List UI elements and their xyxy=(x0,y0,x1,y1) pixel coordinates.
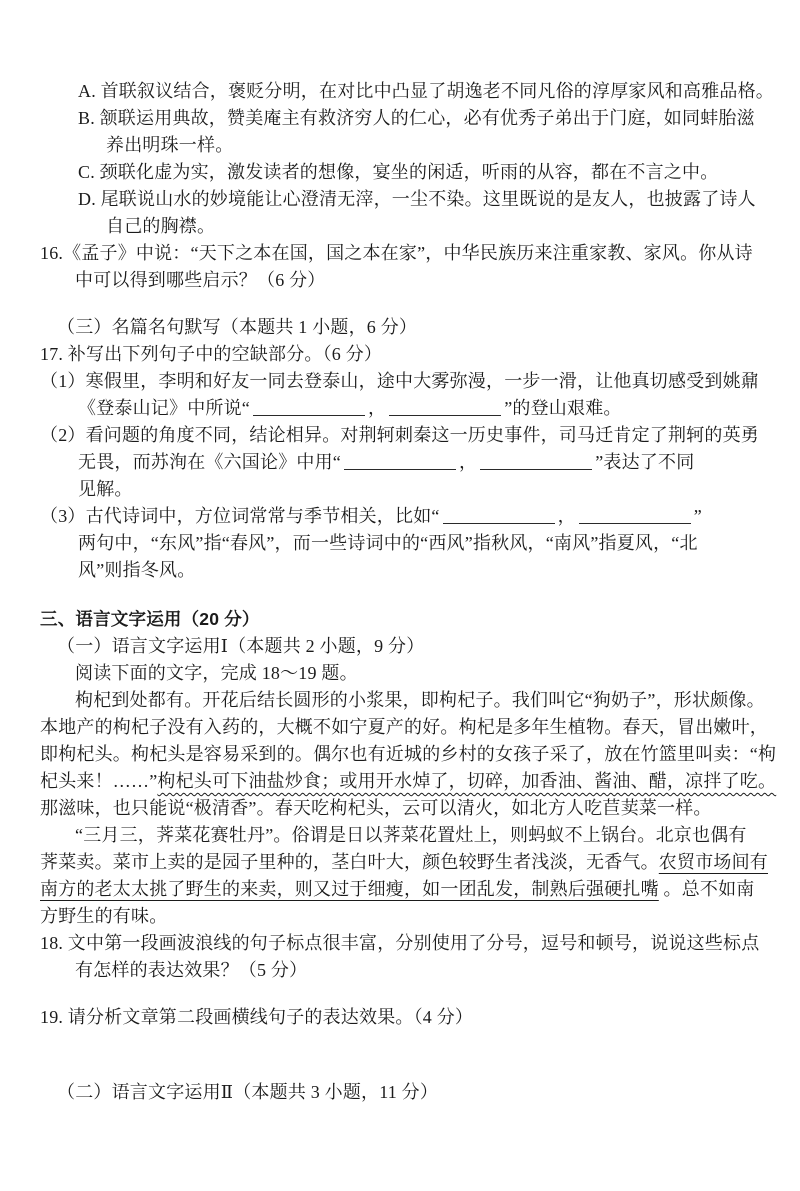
exam-page: A. 首联叙议结合，褒贬分明，在对比中凸显了胡逸老不同凡俗的淳厚家风和高雅品格。… xyxy=(0,0,800,1191)
choice-option-d-cont: 自己的胸襟。 xyxy=(0,213,800,240)
question-17-item-3-cont: 两句中，“东风”指“春风”，而一些诗词中的“西风”指秋风，“南风”指夏风，“北 xyxy=(0,530,800,557)
question-17-item-2-cont2: 见解。 xyxy=(0,476,800,503)
choice-option-b: B. 颔联运用典故，赞美庵主有救济穷人的仁心，必有优秀子弟出于门庭，如同蚌胎滋 xyxy=(0,105,800,132)
passage-para2-line3: 南方的老太太挑了野生的来卖，则又过于细瘦，如一团乱发，制熟后强硬扎嘴 。总不如南 xyxy=(0,876,800,903)
text-segment: C. 颈联化虚为实，激发读者的想像，宴坐的闲适，听雨的从容，都在不言之中。 xyxy=(78,162,718,182)
text-segment: 方野生的有味。 xyxy=(40,906,167,926)
reading-instruction: 阅读下面的文字，完成 18～19 题。 xyxy=(0,660,800,687)
text-segment: 阅读下面的文字，完成 18～19 题。 xyxy=(75,663,358,683)
section-heading-3: （三）名篇名句默写（本题共 1 小题，6 分） xyxy=(0,314,800,341)
question-17-item-3: （3）古代诗词中，方位词常常与季节相关，比如“，” xyxy=(0,503,800,530)
text-segment: 16.《孟子》中说：“天下之本在国，国之本在家”，中华民族历来注重家教、家风。你… xyxy=(40,243,753,263)
choice-option-c: C. 颈联化虚为实，激发读者的想像，宴坐的闲适，听雨的从容，都在不言之中。 xyxy=(0,159,800,186)
section-title-3: 三、语言文字运用（20 分） xyxy=(0,606,800,633)
underlined-text: 农贸市场间有 xyxy=(659,852,768,872)
passage-para1-line4: 杞头来！……”枸杞头可下油盐炒食；或用开水焯了，切碎，加香油、酱油、醋，凉拌了吃… xyxy=(0,768,800,795)
text-segment: 本地产的枸杞子没有入药的，大概不如宁夏产的好。枸杞是多年生植物。春天，冒出嫩叶， xyxy=(40,717,768,737)
question-17-item-2-cont: 无畏，而苏洵在《六国论》中用“，”表达了不同 xyxy=(0,449,800,476)
text-segment: D. 尾联说山水的妙境能让心澄清无滓，一尘不染。这里既说的是友人，也披露了诗人 xyxy=(78,189,756,209)
text-segment: ” xyxy=(694,506,702,526)
answer-blank xyxy=(389,397,501,416)
passage-para1-line3: 即枸杞头。枸杞头是容易采到的。偶尔也有近城的乡村的女孩子采了，放在竹篮里叫卖：“… xyxy=(0,741,800,768)
underlined-text: 南方的老太太挑了野生的来卖，则又过于细瘦，如一团乱发，制熟后强硬扎嘴 xyxy=(40,879,659,899)
text-segment: 荠菜卖。菜市上卖的是园子里种的，茎白叶大，颜色较野生者浅淡，无香气。 xyxy=(40,852,659,872)
text-segment: 自己的胸襟。 xyxy=(106,216,215,236)
answer-blank xyxy=(344,451,456,470)
passage-para1-line2: 本地产的枸杞子没有入药的，大概不如宁夏产的好。枸杞是多年生植物。春天，冒出嫩叶， xyxy=(0,714,800,741)
answer-blank xyxy=(579,505,691,524)
text-segment: （1）寒假里，李明和好友一同去登泰山，途中大雾弥漫，一步一滑，让他真切感受到姚鼐 xyxy=(40,371,759,391)
text-segment: ”的登山艰难。 xyxy=(504,398,621,418)
passage-para2-line1: “三月三，荠菜花赛牡丹”。俗谓是日以荠菜花置灶上，则蚂蚁不上锅台。北京也偶有 xyxy=(0,822,800,849)
text-segment: 17. 补写出下列句子中的空缺部分。（6 分） xyxy=(40,344,382,364)
section-heading-2: （二）语言文字运用Ⅱ（本题共 3 小题，11 分） xyxy=(0,1079,800,1106)
text-segment: （3）古代诗词中，方位词常常与季节相关，比如“ xyxy=(40,506,440,526)
passage-para2-line4: 方野生的有味。 xyxy=(0,903,800,930)
question-17: 17. 补写出下列句子中的空缺部分。（6 分） xyxy=(0,341,800,368)
question-19: 19. 请分析文章第二段画横线句子的表达效果。（4 分） xyxy=(0,1004,800,1031)
question-18-cont: 有怎样的表达效果？（5 分） xyxy=(0,957,800,984)
answer-blank xyxy=(480,451,592,470)
question-16: 16.《孟子》中说：“天下之本在国，国之本在家”，中华民族历来注重家教、家风。你… xyxy=(0,240,800,267)
choice-option-d: D. 尾联说山水的妙境能让心澄清无滓，一尘不染。这里既说的是友人，也披露了诗人 xyxy=(0,186,800,213)
question-17-item-1-cont: 《登泰山记》中所说“，”的登山艰难。 xyxy=(0,395,800,422)
question-17-item-1: （1）寒假里，李明和好友一同去登泰山，途中大雾弥漫，一步一滑，让他真切感受到姚鼐 xyxy=(0,368,800,395)
text-segment: （二）语言文字运用Ⅱ（本题共 3 小题，11 分） xyxy=(57,1082,438,1102)
text-segment: 有怎样的表达效果？（5 分） xyxy=(75,960,307,980)
question-18: 18. 文中第一段画波浪线的句子标点很丰富，分别使用了分号，逗号和顿号，说说这些… xyxy=(0,930,800,957)
text-segment: 三、语言文字运用（20 分） xyxy=(40,609,260,629)
text-segment: 风”则指冬风。 xyxy=(78,560,195,580)
question-17-item-3-cont2: 风”则指冬风。 xyxy=(0,557,800,584)
answer-blank xyxy=(443,505,555,524)
text-segment: （2）看问题的角度不同，结论相异。对荆轲刺秦这一历史事件，司马迁肯定了荆轲的英勇 xyxy=(40,425,759,445)
text-segment: ， xyxy=(558,506,576,526)
text-segment: B. 颔联运用典故，赞美庵主有救济穷人的仁心，必有优秀子弟出于门庭，如同蚌胎滋 xyxy=(78,108,755,128)
text-segment: 枸杞到处都有。开花后结长圆形的小浆果，即枸杞子。我们叫它“狗奶子”，形状颇像。 xyxy=(75,690,765,710)
text-segment: “三月三，荠菜花赛牡丹”。俗谓是日以荠菜花置灶上，则蚂蚁不上锅台。北京也偶有 xyxy=(75,825,747,845)
question-17-item-2: （2）看问题的角度不同，结论相异。对荆轲刺秦这一历史事件，司马迁肯定了荆轲的英勇 xyxy=(0,422,800,449)
text-segment: 两句中，“东风”指“春风”，而一些诗词中的“西风”指秋风，“南风”指夏风，“北 xyxy=(78,533,698,553)
text-segment: 那滋味，也只能说“极清香”。春天吃枸杞头，云可以清火，如北方人吃苣荬菜一样。 xyxy=(40,798,712,818)
text-segment: 《登泰山记》中所说“ xyxy=(78,398,250,418)
answer-blank xyxy=(253,397,365,416)
passage-para2-line2: 荠菜卖。菜市上卖的是园子里种的，茎白叶大，颜色较野生者浅淡，无香气。农贸市场间有 xyxy=(0,849,800,876)
text-segment: （一）语言文字运用Ⅰ（本题共 2 小题，9 分） xyxy=(57,636,424,656)
text-segment: 18. 文中第一段画波浪线的句子标点很丰富，分别使用了分号，逗号和顿号，说说这些… xyxy=(40,933,759,953)
passage-para1-line1: 枸杞到处都有。开花后结长圆形的小浆果，即枸杞子。我们叫它“狗奶子”，形状颇像。 xyxy=(0,687,800,714)
text-segment: 无畏，而苏洵在《六国论》中用“ xyxy=(78,452,341,472)
text-segment: A. 首联叙议结合，褒贬分明，在对比中凸显了胡逸老不同凡俗的淳厚家风和高雅品格。 xyxy=(78,81,774,101)
section-heading-1: （一）语言文字运用Ⅰ（本题共 2 小题，9 分） xyxy=(0,633,800,660)
text-segment: 杞头来！……” xyxy=(40,771,157,791)
passage-para1-line5: 那滋味，也只能说“极清香”。春天吃枸杞头，云可以清火，如北方人吃苣荬菜一样。 xyxy=(0,795,800,822)
text-segment: 养出明珠一样。 xyxy=(106,135,233,155)
question-16-cont: 中可以得到哪些启示？（6 分） xyxy=(0,267,800,294)
choice-option-b-cont: 养出明珠一样。 xyxy=(0,132,800,159)
text-segment: 中可以得到哪些启示？（6 分） xyxy=(75,270,326,290)
text-segment: ， xyxy=(459,452,477,472)
text-segment: ， xyxy=(368,398,386,418)
document-body: A. 首联叙议结合，褒贬分明，在对比中凸显了胡逸老不同凡俗的淳厚家风和高雅品格。… xyxy=(0,78,800,1106)
wavy-underlined-text: 枸杞头可下油盐炒食；或用开水焯了，切碎，加香油、酱油、醋，凉拌了吃。 xyxy=(157,771,776,791)
text-segment: 。总不如南 xyxy=(659,879,755,899)
text-segment: ”表达了不同 xyxy=(595,452,694,472)
text-segment: 19. 请分析文章第二段画横线句子的表达效果。（4 分） xyxy=(40,1007,473,1027)
text-segment: （三）名篇名句默写（本题共 1 小题，6 分） xyxy=(57,317,417,337)
text-segment: 见解。 xyxy=(78,479,133,499)
text-segment: 即枸杞头。枸杞头是容易采到的。偶尔也有近城的乡村的女孩子采了，放在竹篮里叫卖：“… xyxy=(40,744,776,764)
choice-option-a: A. 首联叙议结合，褒贬分明，在对比中凸显了胡逸老不同凡俗的淳厚家风和高雅品格。 xyxy=(0,78,800,105)
